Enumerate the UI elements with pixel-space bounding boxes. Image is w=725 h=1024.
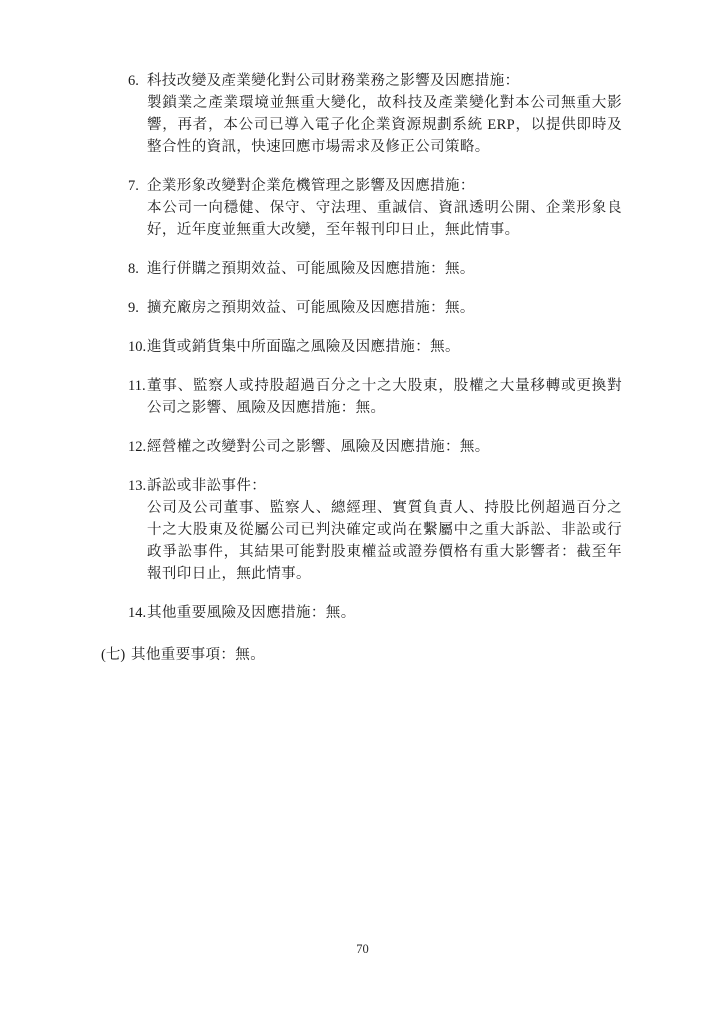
- section-other-important-matters: (七) 其他重要事項：無。: [101, 644, 622, 666]
- list-item-13: 13. 訴訟或非訟事件： 公司及公司董事、監察人、總經理、實質負責人、持股比例超…: [128, 475, 622, 585]
- item-text: 進貨或銷貨集中所面臨之風險及因應措施：無。: [147, 336, 622, 358]
- item-number: 8.: [128, 258, 147, 280]
- item-title: 訴訟或非訟事件：: [147, 475, 622, 497]
- item-number: 6.: [128, 70, 147, 92]
- item-text: 企業形象改變對企業危機管理之影響及因應措施： 本公司一向穩健、保守、守法理、重誠…: [147, 175, 622, 241]
- list-item-7: 7. 企業形象改變對企業危機管理之影響及因應措施： 本公司一向穩健、保守、守法理…: [128, 175, 622, 241]
- item-number: 9.: [128, 297, 147, 319]
- item-number: 10.: [128, 336, 147, 358]
- item-title: 進行併購之預期效益、可能風險及因應措施：無。: [147, 258, 622, 280]
- item-body: 公司及公司董事、監察人、總經理、實質負責人、持股比例超過百分之十之大股東及從屬公…: [147, 497, 622, 585]
- list-item-9: 9. 擴充廠房之預期效益、可能風險及因應措施：無。: [128, 297, 622, 319]
- section-text: 其他重要事項：無。: [131, 644, 622, 666]
- item-number: 13.: [128, 475, 147, 497]
- item-text: 訴訟或非訟事件： 公司及公司董事、監察人、總經理、實質負責人、持股比例超過百分之…: [147, 475, 622, 585]
- section-label: (七): [101, 644, 131, 666]
- item-text: 擴充廠房之預期效益、可能風險及因應措施：無。: [147, 297, 622, 319]
- item-number: 12.: [128, 436, 147, 458]
- item-title: 其他重要風險及因應措施：無。: [147, 602, 622, 624]
- item-title: 董事、監察人或持股超過百分之十之大股東，股權之大量移轉或更換對公司之影響、風險及…: [147, 375, 622, 419]
- item-text: 科技改變及產業變化對公司財務業務之影響及因應措施： 製鎖業之產業環境並無重大變化…: [147, 70, 622, 158]
- risk-items-list: 6. 科技改變及產業變化對公司財務業務之影響及因應措施： 製鎖業之產業環境並無重…: [101, 70, 622, 624]
- item-title: 擴充廠房之預期效益、可能風險及因應措施：無。: [147, 297, 622, 319]
- item-title: 經營權之改變對公司之影響、風險及因應措施：無。: [147, 436, 622, 458]
- page-number: 70: [0, 942, 725, 957]
- item-text: 董事、監察人或持股超過百分之十之大股東，股權之大量移轉或更換對公司之影響、風險及…: [147, 375, 622, 419]
- item-body: 本公司一向穩健、保守、守法理、重誠信、資訊透明公開、企業形象良好，近年度並無重大…: [147, 197, 622, 241]
- item-number: 11.: [128, 375, 147, 397]
- item-text: 進行併購之預期效益、可能風險及因應措施：無。: [147, 258, 622, 280]
- item-text: 其他重要風險及因應措施：無。: [147, 602, 622, 624]
- item-number: 7.: [128, 175, 147, 197]
- item-title: 企業形象改變對企業危機管理之影響及因應措施：: [147, 175, 622, 197]
- list-item-11: 11. 董事、監察人或持股超過百分之十之大股東，股權之大量移轉或更換對公司之影響…: [128, 375, 622, 419]
- item-number: 14.: [128, 602, 147, 624]
- document-content: 6. 科技改變及產業變化對公司財務業務之影響及因應措施： 製鎖業之產業環境並無重…: [101, 70, 622, 666]
- list-item-12: 12. 經營權之改變對公司之影響、風險及因應措施：無。: [128, 436, 622, 458]
- item-body: 製鎖業之產業環境並無重大變化，故科技及產業變化對本公司無重大影響，再者，本公司已…: [147, 92, 622, 158]
- list-item-6: 6. 科技改變及產業變化對公司財務業務之影響及因應措施： 製鎖業之產業環境並無重…: [128, 70, 622, 158]
- list-item-14: 14. 其他重要風險及因應措施：無。: [128, 602, 622, 624]
- item-title: 科技改變及產業變化對公司財務業務之影響及因應措施：: [147, 70, 622, 92]
- list-item-10: 10. 進貨或銷貨集中所面臨之風險及因應措施：無。: [128, 336, 622, 358]
- document-page: 6. 科技改變及產業變化對公司財務業務之影響及因應措施： 製鎖業之產業環境並無重…: [0, 0, 725, 1024]
- list-item-8: 8. 進行併購之預期效益、可能風險及因應措施：無。: [128, 258, 622, 280]
- item-text: 經營權之改變對公司之影響、風險及因應措施：無。: [147, 436, 622, 458]
- item-title: 進貨或銷貨集中所面臨之風險及因應措施：無。: [147, 336, 622, 358]
